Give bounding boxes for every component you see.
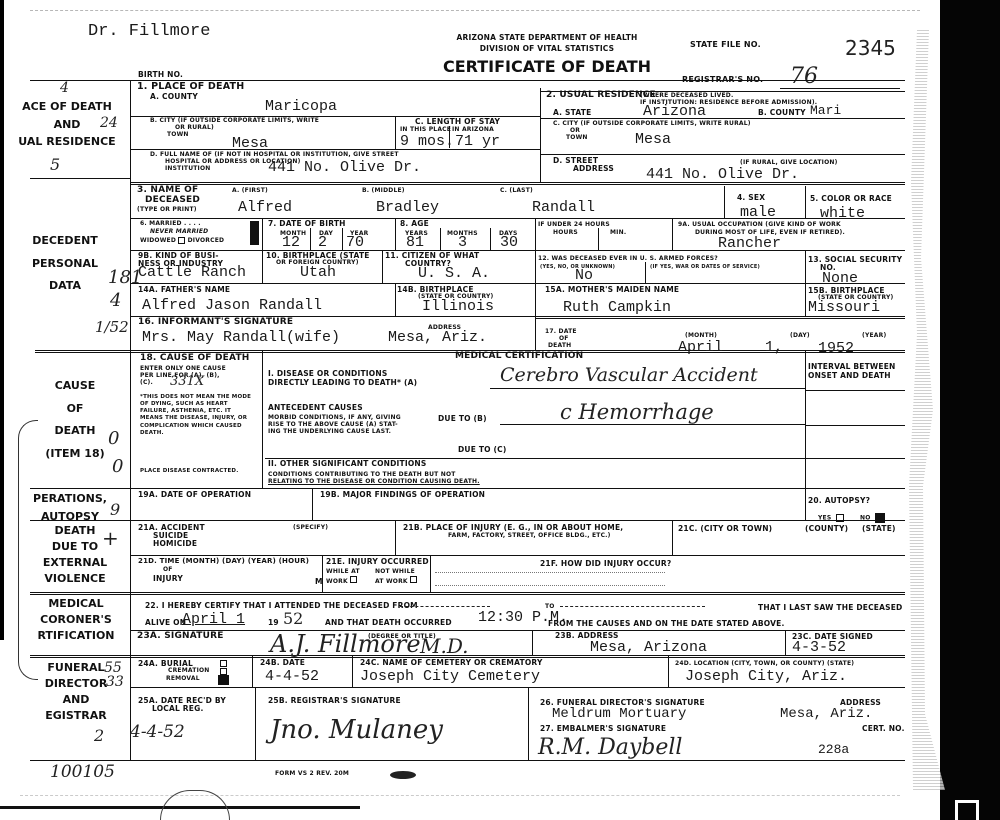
- cert-no-label: CERT. NO.: [862, 725, 905, 733]
- how-injury-label: 21F. HOW DID INJURY OCCUR?: [540, 560, 671, 568]
- informant-address-value: Mesa, Ariz.: [388, 329, 487, 346]
- certifier-address-value: Mesa, Arizona: [590, 639, 707, 656]
- age-days-value: 30: [500, 234, 518, 251]
- father-value: Alfred Jason Randall: [142, 297, 322, 314]
- scan-right-edge: [940, 0, 1000, 820]
- margin-note: +: [102, 526, 119, 550]
- certify-statement: 22. I HEREBY CERTIFY THAT I ATTENDED THE…: [145, 602, 418, 610]
- father-birthplace-value: Illinois: [422, 298, 494, 315]
- signature-label: 23A. SIGNATURE: [137, 632, 224, 641]
- embalmer-label: 27. EMBALMER'S SIGNATURE: [540, 725, 666, 733]
- widowed-label: WIDOWED DIVORCED: [140, 237, 224, 244]
- injury-occurred-label: 21E. INJURY OCCURRED: [326, 558, 429, 566]
- while-at-work-option[interactable]: WHILE AT WORK: [326, 568, 368, 586]
- specify-label: (SPECIFY): [293, 525, 328, 531]
- funeral-date-label: 24B. DATE: [260, 659, 305, 667]
- length-of-stay-label: C. LENGTH OF STAY: [415, 118, 500, 126]
- stay-arizona-value: 71 yr: [455, 133, 500, 150]
- informant-label: 16. INFORMANT'S SIGNATURE: [138, 318, 293, 327]
- alive-on-label: ALIVE ON: [145, 619, 186, 627]
- disease-label: DIRECTLY LEADING TO DEATH* (a): [268, 379, 417, 387]
- union-label-icon: [390, 771, 416, 779]
- hours-label: HOURS: [553, 230, 578, 236]
- mother-label: 15A. MOTHER'S MAIDEN NAME: [545, 286, 679, 294]
- disease-label: I. DISEASE OR CONDITIONS: [268, 370, 387, 378]
- cremation-checkbox[interactable]: [220, 668, 227, 675]
- age-years-value: 81: [406, 234, 424, 251]
- certify-year-value: 52: [283, 609, 303, 628]
- residence-city-label: TOWN: [566, 135, 588, 141]
- margin-note: 4: [60, 80, 69, 96]
- street-label: ADDRESS: [573, 165, 614, 173]
- residence-city-value: Mesa: [635, 131, 671, 148]
- margin-note: 2: [94, 726, 104, 745]
- other-conditions-note: RELATING TO THE DISEASE OR CONDITION CAU…: [268, 479, 480, 485]
- registrar-signature: Jno. Mulaney: [270, 715, 443, 745]
- registrar-signature-label: 25B. REGISTRAR'S SIGNATURE: [268, 697, 401, 705]
- birth-no-label: BIRTH NO.: [138, 71, 183, 79]
- under-24-label: IF UNDER 24 HOURS: [538, 222, 610, 228]
- death-county-value: Maricopa: [265, 98, 337, 115]
- margin-note: 0: [108, 428, 119, 449]
- city-label: TOWN: [167, 132, 189, 138]
- dob-label: 7. DATE OF BIRTH: [268, 220, 346, 228]
- middle-name-value: Bradley: [376, 199, 439, 216]
- dod-year-label: (YEAR): [862, 333, 886, 339]
- never-married-label: NEVER MARRIED: [150, 229, 208, 235]
- citizen-value: U. S. A.: [418, 265, 490, 282]
- page-title: CERTIFICATE OF DEATH: [422, 57, 672, 76]
- dod-day-value: 1,: [765, 339, 783, 356]
- year-prefix: 19: [268, 619, 279, 627]
- name-label: (TYPE OR PRINT): [137, 207, 197, 213]
- scan-noise: [30, 10, 920, 12]
- occupation-label: 9A. USUAL OCCUPATION (GIVE KIND OF WORK: [678, 222, 841, 228]
- dob-day-value: 2: [318, 234, 327, 251]
- operation-findings-label: 19B. MAJOR FINDINGS OF OPERATION: [320, 491, 485, 499]
- state-file-number: 2345: [845, 36, 896, 60]
- death-occurred-label: AND THAT DEATH OCCURRED: [325, 619, 452, 627]
- margin-note: 4: [110, 290, 121, 311]
- dod-month-value: April: [678, 339, 723, 356]
- autopsy-yes-checkbox[interactable]: [836, 514, 844, 522]
- last-name-label: C. (LAST): [500, 188, 533, 194]
- cemetery-label: 24C. NAME OF CEMETERY OR CREMATORY: [360, 659, 543, 667]
- how-injury-line: [435, 585, 665, 586]
- cause-footnote: *THIS DOES NOT MEAN THE MODE OF DYING, S…: [140, 394, 255, 437]
- dod-label: DEATH: [548, 343, 571, 349]
- alive-on-value: April 1: [182, 611, 245, 628]
- ssn-value: None: [822, 270, 858, 287]
- antecedent-label: ANTECEDENT CAUSES: [268, 404, 363, 412]
- stay-place-value: 9 mos.: [400, 133, 454, 150]
- handwritten-number: 100105: [50, 762, 115, 782]
- burial-checkbox[interactable]: [220, 660, 227, 667]
- place-of-injury-label: FARM, FACTORY, STREET, OFFICE BLDG., ETC…: [448, 533, 611, 539]
- injury-time-label: INJURY: [153, 575, 183, 583]
- not-while-at-work-option[interactable]: NOT WHILE AT WORK: [375, 568, 425, 586]
- cert-no-value: 228a: [818, 742, 849, 757]
- first-name-label: A. (FIRST): [232, 188, 268, 194]
- interval-label: ONSET AND DEATH: [808, 372, 891, 380]
- state-file-label: STATE FILE NO.: [690, 41, 761, 49]
- injury-time-label: 21D. TIME (MONTH) (DAY) (YEAR) (HOUR): [138, 558, 309, 565]
- injury-county-label: (COUNTY): [805, 525, 848, 533]
- how-injury-line: [435, 572, 665, 573]
- margin-note: 1/52: [95, 318, 129, 336]
- hospital-value: 441 No. Olive Dr.: [268, 159, 421, 176]
- date-received-label: LOCAL REG.: [152, 705, 204, 713]
- dob-month-value: 12: [282, 234, 300, 251]
- margin-note: 9: [110, 500, 120, 519]
- mother-value: Ruth Campkin: [563, 299, 671, 316]
- physician-note: Dr. Fillmore: [88, 22, 210, 41]
- from-causes-statement: FROM THE CAUSES AND ON THE DATE STATED A…: [548, 620, 785, 628]
- residence-state-label: A. STATE: [553, 109, 591, 117]
- funeral-director-value: Meldrum Mortuary: [552, 706, 686, 722]
- injury-state-label: (STATE): [862, 525, 896, 533]
- widowed-checkbox[interactable]: [178, 237, 185, 244]
- hospital-label: INSTITUTION: [165, 166, 211, 172]
- margin-decedent-personal-data: DECEDENTPERSONALDATA: [20, 230, 110, 298]
- due-to-c-label: DUE TO (c): [458, 446, 507, 454]
- physician-signature: A.J. Fillmore: [270, 630, 421, 658]
- place-of-death-label: 1. PLACE OF DEATH: [137, 82, 244, 92]
- scan-left-edge: [0, 0, 4, 640]
- operation-date-label: 19A. DATE OF OPERATION: [138, 491, 251, 499]
- sex-label: 4. SEX: [737, 194, 765, 202]
- date-received-value: 4-4-52: [130, 722, 185, 742]
- margin-cause-of-death: CAUSEOFDEATH(ITEM 18): [30, 375, 120, 465]
- age-label: 8. AGE: [400, 220, 429, 228]
- autopsy-no-checkbox-marked[interactable]: [875, 513, 885, 523]
- not-while-at-work-checkbox[interactable]: [410, 576, 417, 583]
- dod-year-value: 1952: [818, 340, 854, 357]
- middle-name-label: B. (MIDDLE): [362, 188, 405, 194]
- cemetery-value: Joseph City Cemetery: [360, 668, 540, 685]
- other-conditions-label: II. OTHER SIGNIFICANT CONDITIONS: [268, 460, 427, 468]
- removal-checkbox-marked[interactable]: [218, 675, 229, 685]
- informant-value: Mrs. May Randall(wife): [142, 329, 340, 346]
- attended-to-line: [560, 606, 705, 607]
- cause-a-value: Cerebro Vascular Accident: [500, 364, 758, 386]
- margin-note: 0: [112, 456, 123, 477]
- first-name-value: Alfred: [238, 199, 292, 216]
- cremation-label: CREMATION: [168, 668, 210, 674]
- physician-degree: M.D.: [420, 634, 469, 658]
- torn-paper-edge: [905, 30, 945, 790]
- residence-street-value: 441 No. Olive Dr.: [646, 166, 799, 183]
- margin-medical-certification: MEDICALCORONER'SRTIFICATION: [36, 596, 116, 644]
- division-header: DIVISION OF VITAL STATISTICS: [422, 45, 672, 53]
- mother-birthplace-value: Missouri: [808, 299, 880, 316]
- name-label: DECEASED: [145, 196, 200, 205]
- embalmer-signature: R.M. Daybell: [538, 735, 682, 760]
- cemetery-location-label: 24D. LOCATION (CITY, TOWN, OR COUNTY) (S…: [675, 661, 854, 667]
- date-signed-value: 4-3-52: [792, 639, 846, 656]
- margin-note: 24: [100, 115, 118, 131]
- armed-forces-value: No: [575, 267, 593, 284]
- armed-forces-label: 12. WAS DECEASED EVER IN U. S. ARMED FOR…: [538, 256, 718, 262]
- place-contracted-label: PLACE DISEASE CONTRACTED.: [140, 468, 255, 475]
- scan-noise: [20, 795, 900, 797]
- last-name-value: Randall: [532, 199, 595, 216]
- residence-county-value: Mari: [810, 103, 841, 118]
- last-saw-statement: THAT I LAST SAW THE DECEASED: [758, 604, 902, 612]
- funeral-director-address-value: Mesa, Ariz.: [780, 706, 872, 722]
- due-to-b-label: DUE TO (b): [438, 415, 487, 423]
- margin-note: 33: [106, 674, 124, 690]
- cause-b-value: c Hemorrhage: [560, 400, 714, 424]
- removal-label: REMOVAL: [166, 676, 200, 682]
- race-value: white: [820, 205, 865, 222]
- injury-time-label: OF: [163, 567, 173, 573]
- form-number: FORM VS 2 REV. 20M: [275, 771, 349, 777]
- cause-code: 331X: [170, 374, 204, 389]
- while-at-work-checkbox[interactable]: [350, 576, 357, 583]
- cause-of-death-label: 18. CAUSE OF DEATH: [140, 354, 250, 363]
- margin-note: 5: [50, 155, 60, 174]
- funeral-date-value: 4-4-52: [265, 668, 319, 685]
- married-checkbox-marked[interactable]: [250, 221, 259, 245]
- interval-label: INTERVAL BETWEEN: [808, 363, 896, 371]
- armed-forces-sub: (IF YES, WAR OR DATES OF SERVICE): [650, 265, 760, 270]
- medical-certification-label: MEDICAL CERTIFICATION: [455, 352, 583, 361]
- birthplace-value: Utah: [300, 264, 336, 281]
- father-label: 14A. FATHER'S NAME: [138, 286, 230, 294]
- department-header: ARIZONA STATE DEPARTMENT OF HEALTH: [422, 34, 672, 42]
- residence-city-label: C. CITY (IF OUTSIDE CORPORATE LIMITS, WR…: [553, 121, 751, 127]
- margin-bracket: [18, 420, 38, 680]
- dob-year-value: 70: [346, 234, 364, 251]
- married-label: 6. MARRIED . . . .: [140, 221, 201, 227]
- antecedent-note: ING THE UNDERLYING CAUSE LAST.: [268, 429, 391, 435]
- autopsy-options: YES NO: [818, 513, 885, 523]
- dod-day-label: (DAY): [790, 333, 810, 339]
- age-months-value: 3: [458, 234, 467, 251]
- county-label: A. COUNTY: [150, 93, 198, 101]
- min-label: MIN.: [610, 230, 626, 236]
- homicide-label: HOMICIDE: [153, 540, 197, 548]
- attended-from-line: [400, 606, 490, 607]
- business-value: Cattle Ranch: [138, 264, 246, 281]
- cause-instructions: (c).: [140, 380, 153, 386]
- place-of-injury-label: 21B. PLACE OF INJURY (E. G., IN OR ABOUT…: [403, 524, 623, 532]
- injury-city-label: 21C. (CITY OR TOWN): [678, 525, 772, 533]
- cemetery-location-value: Joseph City, Ariz.: [685, 668, 847, 685]
- registrar-number: 76: [790, 64, 818, 89]
- race-label: 5. COLOR OR RACE: [810, 195, 892, 203]
- autopsy-label: 20. AUTOPSY?: [808, 497, 870, 505]
- residence-county-label: B. COUNTY: [758, 109, 806, 117]
- corner-mark: [955, 800, 979, 820]
